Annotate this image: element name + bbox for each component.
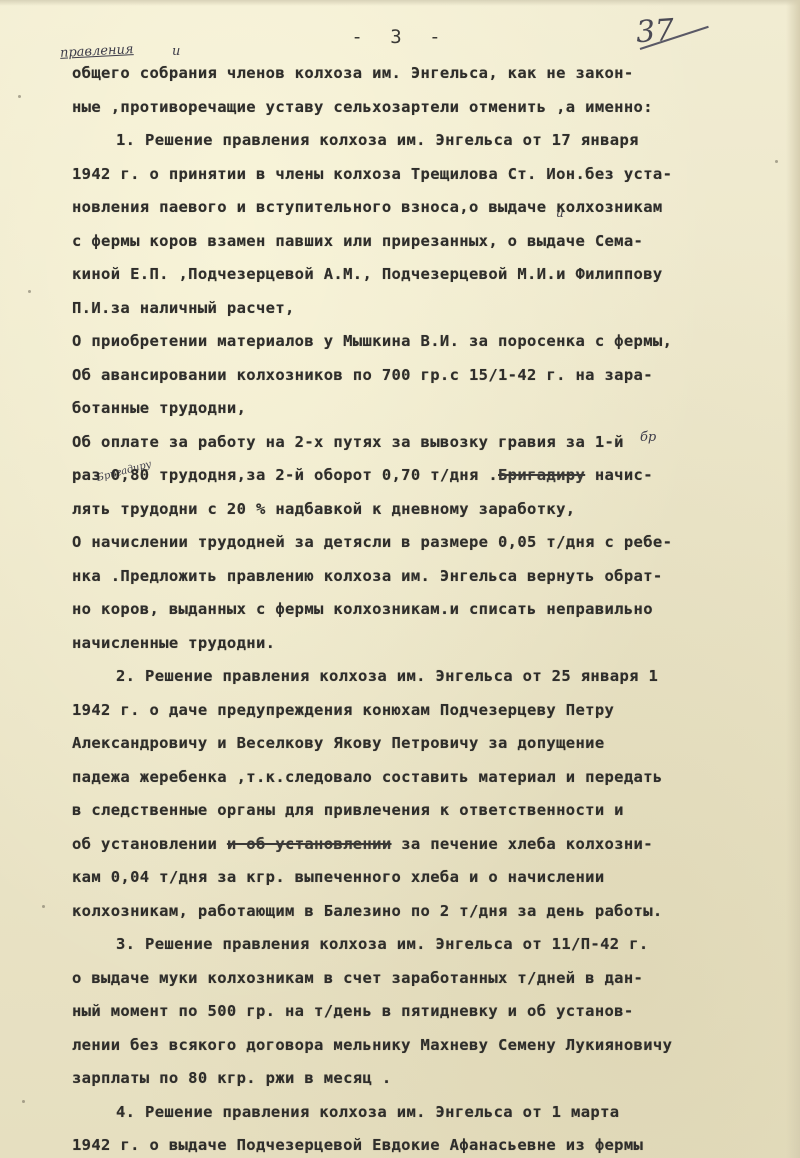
line-text: зарплаты по 80 кгр. ржи в месяц .	[72, 1069, 392, 1087]
line-text: 1. Решение правления колхоза им. Энгельс…	[116, 131, 639, 149]
text-line: 4. Решение правления колхоза им. Энгельс…	[72, 1096, 772, 1130]
text-line: Об оплате за работу на 2-х путях за выво…	[72, 426, 772, 460]
text-line: о выдаче муки колхозникам в счет заработ…	[72, 962, 772, 996]
line-text: новления паевого и вступительного взноса…	[72, 198, 663, 216]
text-line: ные ,противоречащие уставу сельхозартели…	[72, 91, 772, 125]
line-text: общего собрания членов колхоза им. Энгел…	[72, 64, 634, 82]
line-text: лении без всякого договора мельнику Махн…	[72, 1036, 672, 1054]
line-text: П.И.за наличный расчет,	[72, 299, 295, 317]
line-text: ный момент по 500 гр. на т/день в пятидн…	[72, 1002, 634, 1020]
line-text: 2. Решение правления колхоза им. Энгельс…	[116, 667, 658, 685]
text-line: с фермы коров взамен павших или прирезан…	[72, 225, 772, 259]
line-text: колхозникам, работающим в Балезино по 2 …	[72, 902, 663, 920]
line-text: нка .Предложить правлению колхоза им. Эн…	[72, 567, 663, 585]
line-text: в следственные органы для привлечения к …	[72, 801, 624, 819]
text-line: лять трудодни с 20 % надбавкой к дневном…	[72, 493, 772, 527]
text-line: нка .Предложить правлению колхоза им. Эн…	[72, 560, 772, 594]
paper-speck	[22, 1100, 25, 1103]
text-line: О приобретении материалов у Мышкина В.И.…	[72, 325, 772, 359]
text-line: 1. Решение правления колхоза им. Энгельс…	[72, 124, 772, 158]
text-line: киной Е.П. ,Подчезерцевой А.М., Подчезер…	[72, 258, 772, 292]
line-text: лять трудодни с 20 % надбавкой к дневном…	[72, 500, 575, 518]
line-text: Об авансировании колхозников по 700 гр.с…	[72, 366, 653, 384]
line-text: кам 0,04 т/дня за кгр. выпеченного хлеба…	[72, 868, 605, 886]
line-text: 1942 г. о выдаче Подчезерцевой Евдокие А…	[72, 1136, 643, 1154]
line-text: с фермы коров взамен павших или прирезан…	[72, 232, 643, 250]
line-text: о выдаче муки колхозникам в счет заработ…	[72, 969, 643, 987]
paper-right-edge	[786, 0, 800, 1158]
line-text: об установлении	[72, 835, 227, 853]
text-line: новления паевого и вступительного взноса…	[72, 191, 772, 225]
line-text: О начислении трудодней за детясли в разм…	[72, 533, 672, 551]
text-line: лении без всякого договора мельнику Махн…	[72, 1029, 772, 1063]
line-text: падежа жеребенка ,т.к.следовало составит…	[72, 768, 663, 786]
paper-speck	[18, 95, 21, 98]
line-text: О приобретении материалов у Мышкина В.И.…	[72, 332, 672, 350]
line-text: киной Е.П. ,Подчезерцевой А.М., Подчезер…	[72, 265, 663, 283]
text-line: зарплаты по 80 кгр. ржи в месяц .	[72, 1062, 772, 1096]
text-line: 2. Решение правления колхоза им. Энгельс…	[72, 660, 772, 694]
line-text: Александровичу и Веселкову Якову Петрови…	[72, 734, 605, 752]
text-line: об установлении и об установлении за печ…	[72, 828, 772, 862]
text-line: О начислении трудодней за детясли в разм…	[72, 526, 772, 560]
text-line: 3. Решение правления колхоза им. Энгельс…	[72, 928, 772, 962]
text-line: но коров, выданных с фермы колхозникам.и…	[72, 593, 772, 627]
line-text: начисленные трудодни.	[72, 634, 275, 652]
paper-top-edge	[0, 0, 800, 6]
line-text: 4. Решение правления колхоза им. Энгельс…	[116, 1103, 619, 1121]
text-line: в следственные органы для привлечения к …	[72, 794, 772, 828]
line-text: 1942 г. о принятии в члены колхоза Трещи…	[72, 165, 672, 183]
document-page: - 3 - 37 правления и и бр Бригадиру обще…	[0, 0, 800, 1158]
paper-speck	[28, 290, 31, 293]
struck-through-text: Бригадиру	[498, 466, 585, 484]
text-line: падежа жеребенка ,т.к.следовало составит…	[72, 761, 772, 795]
line-text-continued: начис-	[585, 466, 653, 484]
line-text: ные ,противоречащие уставу сельхозартели…	[72, 98, 653, 116]
text-line: 1942 г. о выдаче Подчезерцевой Евдокие А…	[72, 1129, 772, 1158]
line-text-continued: за печение хлеба колхозни-	[392, 835, 653, 853]
text-line: начисленные трудодни.	[72, 627, 772, 661]
text-line: Об авансировании колхозников по 700 гр.с…	[72, 359, 772, 393]
text-line: Александровичу и Веселкову Якову Петрови…	[72, 727, 772, 761]
text-line: колхозникам, работающим в Балезино по 2 …	[72, 895, 772, 929]
text-line: кам 0,04 т/дня за кгр. выпеченного хлеба…	[72, 861, 772, 895]
line-text: ботанные трудодни,	[72, 399, 246, 417]
paper-speck	[775, 160, 778, 163]
text-line: общего собрания членов колхоза им. Энгел…	[72, 57, 772, 91]
line-text: 3. Решение правления колхоза им. Энгельс…	[116, 935, 649, 953]
line-text: но коров, выданных с фермы колхозникам.и…	[72, 600, 653, 618]
text-line: 1942 г. о принятии в члены колхоза Трещи…	[72, 158, 772, 192]
paper-speck	[42, 905, 45, 908]
text-line: ный момент по 500 гр. на т/день в пятидн…	[72, 995, 772, 1029]
text-line: П.И.за наличный расчет,	[72, 292, 772, 326]
line-text: Об оплате за работу на 2-х путях за выво…	[72, 433, 624, 451]
struck-through-text: и об установлении	[227, 835, 392, 853]
typed-body-text: общего собрания членов колхоза им. Энгел…	[72, 57, 772, 1158]
text-line: 1942 г. о даче предупреждения конюхам По…	[72, 694, 772, 728]
text-line: ботанные трудодни,	[72, 392, 772, 426]
line-text: раз 0,80 трудодня,за 2-й оборот 0,70 т/д…	[72, 466, 498, 484]
line-text: 1942 г. о даче предупреждения конюхам По…	[72, 701, 614, 719]
text-line: раз 0,80 трудодня,за 2-й оборот 0,70 т/д…	[72, 459, 772, 493]
